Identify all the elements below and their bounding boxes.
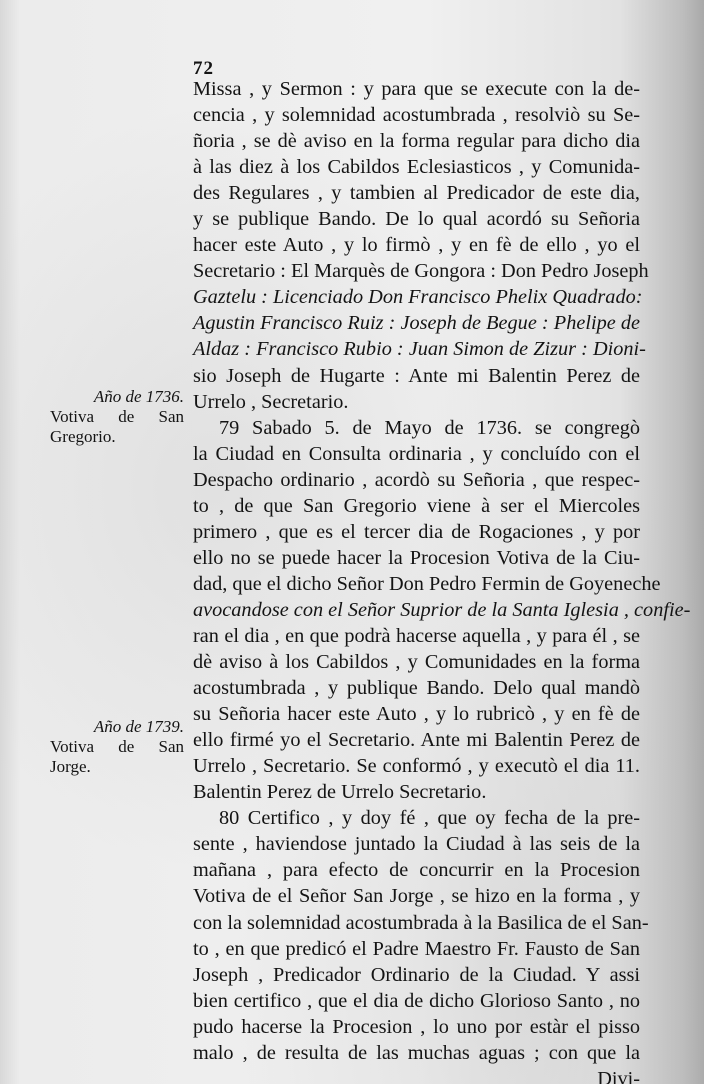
text-line: pudo hacerse la Procesion , lo uno por e… [193,1014,640,1040]
text-line: ello no se puede hacer la Procesion Voti… [193,545,640,571]
text-line: to , en que predicó el Padre Maestro Fr.… [193,936,640,962]
text-line: malo , de resulta de las muchas aguas ; … [193,1040,640,1066]
text-line: dè aviso à los Cabildos , y Comunidades … [193,649,640,675]
margin-note-1736: Año de 1736. Votiva de San Gregorio. [50,387,184,447]
margin-note-subject: Votiva de San [50,737,184,757]
text-line-signatories: Agustin Francisco Ruiz : Joseph de Begue… [193,310,640,336]
margin-note-subject: Votiva de San [50,407,184,427]
text-line: cencia , y solemnidad acostumbrada , res… [193,102,640,128]
text-line: la Ciudad en Consulta ordinaria , y conc… [193,441,640,467]
text-line: bien certifico , que el dia de dicho Glo… [193,988,640,1014]
text-line: ello firmé yo el Secretario. Ante mi Bal… [193,727,640,753]
text-line: su Señoria hacer este Auto , y lo rubric… [193,701,640,727]
text-line: Despacho ordinario , acordò su Señoria ,… [193,467,640,493]
text-line: y se publique Bando. De lo qual acordó s… [193,206,640,232]
margin-note-year: Año de 1739. [50,717,184,737]
text-line: avocandose con el Señor Suprior de la Sa… [193,597,640,623]
text-line: acostumbrada , y publique Bando. Delo qu… [193,675,640,701]
text-line: des Regulares , y tambien al Predicador … [193,180,640,206]
paragraph-80-start: 80 Certifico , y doy fé , que oy fecha d… [193,805,640,831]
catchword: Divi- [193,1066,640,1084]
text-line: Joseph , Predicador Ordinario de la Ciud… [193,962,640,988]
text-line: sio Joseph de Hugarte : Ante mi Balentin… [193,363,640,389]
margin-note-1739: Año de 1739. Votiva de San Jorge. [50,717,184,777]
text-line: hacer este Auto , y lo firmò , y en fè d… [193,232,640,258]
text-line: à las diez à los Cabildos Eclesiasticos … [193,154,640,180]
body-text: Missa , y Sermon : y para que se execute… [193,76,640,1084]
text-line: ran el dia , en que podrà hacerse aquell… [193,623,640,649]
margin-note-year: Año de 1736. [50,387,184,407]
paragraph-79-start: 79 Sabado 5. de Mayo de 1736. se congreg… [193,415,640,441]
text-line-signatories: Aldaz : Francisco Rubio : Juan Simon de … [193,336,640,362]
text-line: primero , que es el tercer dia de Rogaci… [193,519,640,545]
text-line: Missa , y Sermon : y para que se execute… [193,76,640,102]
scanned-book-page: 72 Año de 1736. Votiva de San Gregorio. … [0,0,704,1084]
text-line: Secretario : El Marquès de Gongora : Don… [193,258,640,284]
text-line-signatories: Gaztelu : Licenciado Don Francisco Pheli… [193,284,640,310]
text-line: sente , haviendose juntado la Ciudad à l… [193,831,640,857]
text-line: Votiva de el Señor San Jorge , se hizo e… [193,883,640,909]
text-line: Urrelo , Secretario. [193,389,640,415]
text-line: Urrelo , Secretario. Se conformó , y exe… [193,753,640,779]
text-line: ñoria , se dè aviso en la forma regular … [193,128,640,154]
text-line: con la solemnidad acostumbrada à la Basi… [193,910,640,936]
text-line: to , de que San Gregorio viene à ser el … [193,493,640,519]
text-line: dad, que el dicho Señor Don Pedro Fermin… [193,571,640,597]
margin-note-subject-cont: Gregorio. [50,427,184,447]
text-line: mañana , para efecto de concurrir en la … [193,857,640,883]
margin-note-subject-cont: Jorge. [50,757,184,777]
text-line-signature: Balentin Perez de Urrelo Secretario. [193,779,640,805]
